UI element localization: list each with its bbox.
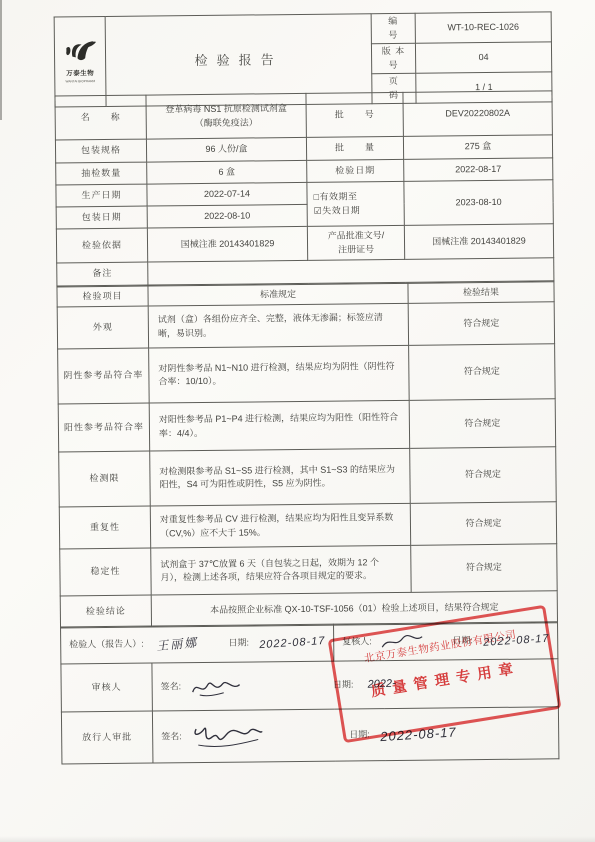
reviewer-label: 复核人: bbox=[342, 635, 372, 649]
signoff-table: 检验人（报告人）: 王丽娜 日期: 2022-08-17 复核人: bbox=[60, 621, 559, 764]
auditor-date-label: 日期: bbox=[333, 678, 354, 692]
wantai-logo-icon bbox=[63, 39, 97, 65]
inspector-signature: 王丽娜 bbox=[155, 633, 199, 655]
version-value: 04 bbox=[415, 42, 551, 73]
inspector-cell: 检验人（报告人）: 王丽娜 日期: 2022-08-17 bbox=[61, 624, 334, 664]
table-row: 名 称 登革病毒 NS1 抗原检测试剂盒 （酶联免疫法） 批 号 DEV2022… bbox=[55, 91, 552, 140]
pack-spec-value: 96 人份/盒 bbox=[146, 137, 306, 162]
item-name: 阴性参考品符合率 bbox=[58, 348, 150, 404]
item-result: 符合规定 bbox=[410, 447, 557, 504]
expiry-checkbox-group: □有效期至 ☑失效日期 bbox=[307, 181, 404, 226]
release-date-handwritten: 2022-08-17 bbox=[379, 722, 457, 746]
auditor-date-handwritten: 2022- bbox=[367, 676, 396, 694]
item-name: 稳定性 bbox=[60, 548, 151, 596]
remark-label: 备注 bbox=[57, 262, 148, 286]
table-row: 重复性 对重复性参考品 CV 进行检测，结果应均为阳性且变异系数（CV,%）应不… bbox=[59, 502, 556, 549]
report-sheet: 万泰生物 WANTAI BIOPHARM 检验报告 编 号 WT-10-REC-… bbox=[0, 0, 595, 842]
item-name: 外观 bbox=[57, 306, 148, 349]
logo-brand-text: 万泰生物 bbox=[56, 69, 104, 79]
production-date-value: 2022-07-14 bbox=[147, 182, 307, 206]
doc-number-value: WT-10-REC-1026 bbox=[415, 12, 551, 43]
release-date-label: 日期: bbox=[349, 728, 370, 742]
inspection-basis-label: 检验依据 bbox=[56, 228, 147, 263]
item-name: 阳性参考品符合率 bbox=[58, 403, 149, 452]
table-row: 阴性参考品符合率 对阴性参考品 N1~N10 进行检测，结果应均为阴性（阴性符合… bbox=[58, 344, 556, 404]
sample-qty-label: 抽检数量 bbox=[56, 162, 147, 185]
table-row: 外观 试剂（盒）各组份应齐全、完整，液体无渗漏；标签应清晰，易识别。 符合规定 bbox=[57, 302, 554, 349]
item-standard: 试剂（盒）各组份应齐全、完整，液体无渗漏；标签应清晰，易识别。 bbox=[148, 303, 408, 348]
item-result: 符合规定 bbox=[409, 399, 555, 449]
inspection-date-value: 2022-08-17 bbox=[404, 158, 553, 182]
report-body-table: 名 称 登革病毒 NS1 抗原检测试剂盒 （酶联免疫法） 批 号 DEV2022… bbox=[54, 90, 554, 286]
inspector-date-handwritten: 2022-08-17 bbox=[258, 633, 325, 654]
batch-qty-label: 批 量 bbox=[306, 136, 403, 160]
items-header-standard: 标准规定 bbox=[148, 283, 408, 306]
product-name-label: 名 称 bbox=[55, 95, 146, 140]
reviewer-signature bbox=[380, 634, 424, 650]
inspection-basis-value: 国械注准 20143401829 bbox=[147, 226, 307, 262]
table-row: 审核人 签名: 日期: 2022- bbox=[61, 659, 558, 712]
expiry-date-value: 2023-08-10 bbox=[404, 180, 553, 226]
auditor-sign-label: 签名: bbox=[161, 680, 182, 694]
auditor-cell: 签名: 日期: 2022- bbox=[152, 659, 558, 711]
table-row: 生产日期 2022-07-14 □有效期至 ☑失效日期 2023-08-10 bbox=[56, 180, 553, 207]
item-standard: 对检测限参考品 S1~S5 进行检测，其中 S1~S3 的结果应为阳性，S4 可… bbox=[150, 448, 411, 506]
item-result: 符合规定 bbox=[409, 344, 556, 401]
reviewer-date-label: 日期: bbox=[452, 634, 473, 648]
table-row: 检测限 对检测限参考品 S1~S5 进行检测，其中 S1~S3 的结果应为阳性，… bbox=[59, 447, 557, 507]
version-label: 版 本 号 bbox=[371, 43, 415, 73]
company-logo: 万泰生物 WANTAI BIOPHARM bbox=[54, 16, 106, 107]
auditor-label: 审核人 bbox=[61, 663, 152, 712]
release-cell: 签名: 日期: 2022-08-17 bbox=[152, 707, 559, 763]
batch-number-value: DEV20220802A bbox=[403, 91, 552, 137]
approval-number-label: 产品批准文号/ 注册证号 bbox=[307, 225, 404, 260]
item-standard: 对重复性参考品 CV 进行检测，结果应均为阳性且变异系数（CV,%）应不大于 1… bbox=[150, 503, 410, 548]
product-name-value: 登革病毒 NS1 抗原检测试剂盒 （酶联免疫法） bbox=[146, 93, 306, 139]
items-header-result: 检验结果 bbox=[408, 282, 554, 304]
batch-qty-value: 275 盒 bbox=[403, 135, 552, 160]
conclusion-label: 检验结论 bbox=[60, 595, 151, 628]
item-standard: 对阳性参考品 P1~P4 进行检测，结果应均为阳性（阳性符合率：4/4）。 bbox=[149, 400, 409, 451]
item-result: 符合规定 bbox=[408, 302, 554, 346]
auditor-signature bbox=[189, 675, 241, 698]
release-approver-label: 放行人审批 bbox=[61, 711, 153, 764]
release-signature bbox=[190, 722, 264, 751]
item-name: 检测限 bbox=[59, 451, 151, 507]
item-result: 符合规定 bbox=[411, 544, 557, 593]
item-result: 符合规定 bbox=[410, 502, 556, 546]
batch-number-label: 批 号 bbox=[306, 92, 403, 137]
approval-number-value: 国械注准 20143401829 bbox=[404, 224, 553, 260]
sample-qty-value: 6 盒 bbox=[147, 160, 307, 184]
table-row: 阳性参考品符合率 对阳性参考品 P1~P4 进行检测，结果应均为阳性（阳性符合率… bbox=[58, 399, 555, 452]
pack-spec-label: 包装规格 bbox=[55, 139, 146, 163]
item-standard: 对阴性参考品 N1~N10 进行检测，结果应均为阴性（阴性符合率：10/10）。 bbox=[149, 345, 410, 403]
table-row: 检验依据 国械注准 20143401829 产品批准文号/ 注册证号 国械注准 … bbox=[56, 224, 553, 263]
item-standard: 试剂盒于 37℃放置 6 天（自包装之日起，效期为 12 个月），检测上述各项，… bbox=[151, 545, 411, 595]
doc-number-label: 编 号 bbox=[371, 13, 415, 43]
packaging-date-label: 包装日期 bbox=[56, 206, 147, 229]
table-row: 稳定性 试剂盒于 37℃放置 6 天（自包装之日起，效期为 12 个月），检测上… bbox=[60, 544, 557, 596]
inspection-date-label: 检验日期 bbox=[307, 159, 404, 182]
logo-brand-subtext: WANTAI BIOPHARM bbox=[59, 79, 102, 84]
release-sign-label: 签名: bbox=[161, 730, 182, 744]
reviewer-cell: 复核人: 日期: 2022-08-17 bbox=[334, 622, 558, 661]
expiry-date-checkbox: ☑失效日期 bbox=[312, 203, 400, 217]
valid-until-checkbox: □有效期至 bbox=[311, 190, 399, 204]
production-date-label: 生产日期 bbox=[56, 184, 147, 207]
table-row: 检验人（报告人）: 王丽娜 日期: 2022-08-17 复核人: bbox=[61, 622, 558, 664]
inspection-items-table: 检验项目 标准规定 检验结果 外观 试剂（盒）各组份应齐全、完整，液体无渗漏；标… bbox=[56, 281, 558, 628]
inspector-label: 检验人（报告人）: bbox=[69, 638, 144, 652]
item-name: 重复性 bbox=[59, 506, 150, 549]
scanned-inspection-report: 万泰生物 WANTAI BIOPHARM 检验报告 编 号 WT-10-REC-… bbox=[0, 0, 595, 842]
page-bottom-shadow bbox=[0, 836, 595, 842]
table-row: 放行人审批 签名: 日期: 2022-08-17 bbox=[61, 707, 559, 764]
packaging-date-value: 2022-08-10 bbox=[147, 204, 307, 228]
items-header-item: 检验项目 bbox=[57, 286, 148, 307]
reviewer-date-handwritten: 2022-08-17 bbox=[482, 630, 549, 651]
inspector-date-label: 日期: bbox=[228, 637, 249, 651]
